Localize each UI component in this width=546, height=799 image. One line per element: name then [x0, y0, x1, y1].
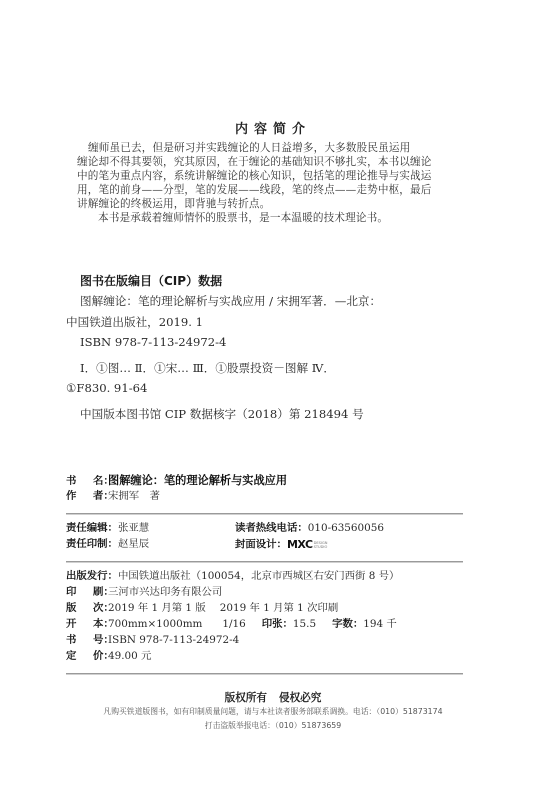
editor-value: 张亚慧 — [118, 522, 149, 534]
intro-paragraph-line: 讲解缠论的终极运用，即背驰与转折点。 — [77, 198, 270, 211]
cip-classification-cont: ①F830. 91-64 — [66, 381, 147, 395]
footer-service-line: 凡购买铁道版图书，如有印制质量问题，请与本社读者服务部联系调换。电话：（010）… — [0, 706, 546, 717]
hotline-label: 读者热线电话： — [235, 522, 308, 534]
isbn-row: 书号：ISBN 978-7-113-24972-4 — [66, 633, 239, 648]
printer-row: 印刷：三河市兴达印务有限公司 — [66, 585, 222, 600]
price-label: 定价： — [66, 649, 108, 664]
printing-value: 2019 年 1 月第 1 次印刷 — [220, 602, 339, 614]
publisher-value: 中国铁道出版社（100054，北京市西城区右安门西街 8 号） — [118, 570, 399, 582]
author-label: 作者： — [66, 489, 108, 504]
printer-label: 印刷： — [66, 585, 108, 600]
book-title-label: 书名： — [66, 474, 108, 489]
intro-paragraph-line: 用，笔的前身——分型，笔的发展——线段，笔的终点——走势中枢，最后 — [77, 184, 432, 197]
print-manager-row: 责任印制：赵星辰 — [66, 537, 149, 552]
divider-rule — [66, 513, 463, 515]
words-label: 字数： — [332, 618, 363, 630]
isbn-label: 书号： — [66, 633, 108, 648]
intro-paragraph-line: 本书是承载着缠师情怀的股票书，是一本温暖的技术理论书。 — [77, 212, 388, 225]
cip-record-line: 中国版本图书馆 CIP 数据核字（2018）第 218494 号 — [80, 406, 364, 422]
price-row: 定价：49.00 元 — [66, 649, 151, 664]
cip-title-line: 图解缠论：笔的理论解析与实战应用 / 宋拥军著．—北京： — [80, 293, 381, 309]
printer-value: 三河市兴达印务有限公司 — [108, 586, 222, 598]
sheets-label: 印张： — [262, 618, 293, 630]
format-row: 开本：700mm×1000mm1/16印张：15.5字数：194 千 — [66, 617, 397, 632]
cip-publisher-line: 中国铁道出版社，2019. 1 — [66, 314, 203, 330]
editor-row: 责任编辑：张亚慧 — [66, 521, 149, 536]
intro-paragraph-line: 缠师虽已去，但是研习并实践缠论的人日益增多，大多数股民虽运用 — [77, 142, 410, 155]
intro-paragraph-line: 中的笔为重点内容，系统讲解缠论的核心知识，包括笔的理论推导与实战运 — [77, 170, 432, 183]
edition-row: 版次：2019 年 1 月第 1 版2019 年 1 月第 1 次印刷 — [66, 601, 338, 616]
publisher-label: 出版发行： — [66, 570, 118, 582]
publisher-row: 出版发行：中国铁道出版社（100054，北京市西城区右安门西街 8 号） — [66, 569, 399, 584]
format-size: 700mm×1000mm — [108, 618, 202, 630]
cip-classification-line: Ⅰ．①图… Ⅱ．①宋… Ⅲ．①股票投资－图解 Ⅳ． — [80, 360, 335, 376]
edition-value: 2019 年 1 月第 1 版 — [108, 602, 206, 614]
book-title-value: 图解缠论：笔的理论解析与实战应用 — [108, 474, 287, 487]
intro-title: 内容简介 — [0, 118, 546, 137]
mxc-design-logo: MXC — [287, 537, 313, 552]
isbn-value: ISBN 978-7-113-24972-4 — [108, 634, 239, 646]
footer-piracy-line: 打击盗版举报电话：（010）51873659 — [0, 720, 546, 731]
hotline-value: 010-63560056 — [308, 522, 384, 534]
author-row: 作者：宋拥军 著 — [66, 489, 160, 504]
hotline-row: 读者热线电话：010-63560056 — [235, 521, 384, 536]
divider-rule — [66, 673, 463, 675]
copyright-heading: 版权所有侵权必究 — [0, 690, 546, 705]
words-value: 194 千 — [363, 618, 397, 630]
sheets-value: 15.5 — [293, 618, 316, 630]
print-manager-value: 赵星辰 — [118, 538, 149, 550]
cover-design-label: 封面设计： — [235, 539, 287, 551]
cover-design-row: 封面设计：MXCDESIGNSTUDIO — [235, 537, 327, 552]
intro-paragraph-line: 缠论却不得其要领，究其原因，在于缠论的基础知识不够扎实，本书以缠论 — [77, 156, 432, 169]
editor-label: 责任编辑： — [66, 522, 118, 534]
edition-label: 版次： — [66, 601, 108, 616]
print-manager-label: 责任印制： — [66, 538, 118, 550]
mxc-design-logo-sub: DESIGNSTUDIO — [314, 541, 328, 549]
format-fold: 1/16 — [222, 618, 245, 630]
divider-rule — [66, 561, 463, 563]
author-value: 宋拥军 著 — [108, 490, 160, 502]
cip-isbn-line: ISBN 978-7-113-24972-4 — [80, 335, 226, 349]
format-label: 开本： — [66, 617, 108, 632]
cip-heading: 图书在版编目（CIP）数据 — [80, 272, 222, 289]
book-title-row: 书名：图解缠论：笔的理论解析与实战应用 — [66, 473, 287, 488]
price-value: 49.00 元 — [108, 650, 151, 662]
